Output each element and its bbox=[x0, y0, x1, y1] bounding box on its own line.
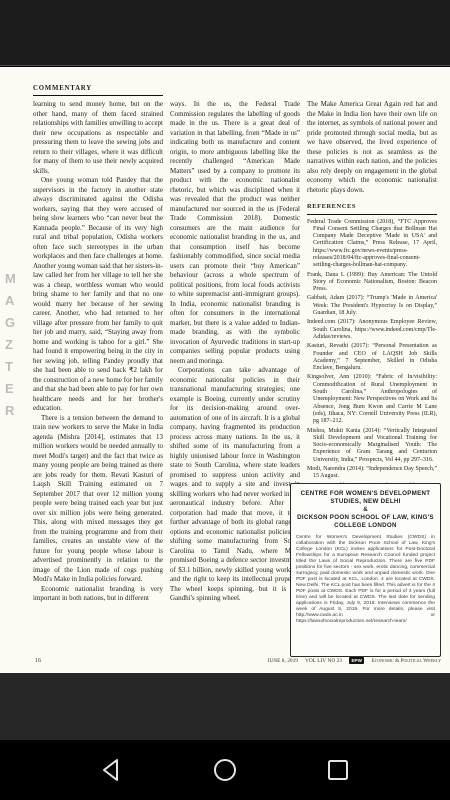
recent-apps-button[interactable] bbox=[320, 752, 356, 788]
watermark-letter: M bbox=[5, 272, 16, 285]
footer-journal-name: Economic & Political Weekly bbox=[371, 658, 441, 664]
watermark-letter: G bbox=[5, 316, 16, 329]
reference-item: Frank, Dana L (1999): Buy American: The … bbox=[307, 272, 437, 294]
text-column-2: ways. In the us, the Federal Trade Commi… bbox=[170, 100, 300, 660]
home-circle-icon bbox=[212, 757, 238, 783]
section-header-commentary: COMMENTARY bbox=[33, 85, 163, 96]
watermark-letter: Z bbox=[5, 338, 16, 351]
paragraph: The Make America Great Again red hat and… bbox=[307, 100, 437, 195]
reference-item: Indeed.com (2017): Anonymous Employee Re… bbox=[307, 319, 437, 341]
back-button[interactable] bbox=[94, 752, 130, 788]
paragraph: Corporations can take advantage of econo… bbox=[170, 366, 300, 604]
paragraph: learning to send money home, but on the … bbox=[33, 100, 163, 176]
page-footer: JUNE 8, 2019 VOL LIV NO 23 EPW Economic … bbox=[267, 657, 441, 664]
watermark-letter: E bbox=[5, 382, 16, 395]
paragraph: One young woman told Pandey that the sup… bbox=[33, 176, 163, 414]
magzter-watermark: M A G Z T E R bbox=[5, 272, 16, 417]
advert-body-text: Centre for Women's Development Studies (… bbox=[296, 535, 435, 625]
android-navigation-bar bbox=[0, 740, 450, 800]
footer-volume: VOL LIV NO 23 bbox=[305, 658, 342, 664]
watermark-letter: R bbox=[5, 404, 16, 417]
reference-item: Kasturi, Revathi (2017): “Personal Prese… bbox=[307, 343, 437, 372]
epw-logo: EPW bbox=[349, 657, 364, 664]
reference-item: Mishra, Mukti Kanta (2014): “Vertically … bbox=[307, 428, 437, 464]
references-heading: REFERENCES bbox=[307, 202, 437, 215]
footer-date: JUNE 8, 2019 bbox=[267, 658, 298, 664]
back-triangle-icon bbox=[99, 757, 125, 783]
reference-item: Kingsolver, Ann (2010): “Fabric of In/vi… bbox=[307, 374, 437, 425]
watermark-letter: A bbox=[5, 294, 16, 307]
reference-item: Federal Trade Commission (2018), “FTC Ap… bbox=[307, 219, 437, 270]
page-number: 16 bbox=[35, 658, 41, 664]
advert-title-line2: DICKSON POON SCHOOL OF LAW, KING'S COLLE… bbox=[296, 514, 435, 530]
phone-screen: M A G Z T E R COMMENTARY learning to sen… bbox=[0, 0, 450, 800]
cwds-advert-box: CENTRE FOR WOMEN'S DEVELOPMENT STUDIES, … bbox=[290, 483, 441, 657]
status-bar bbox=[0, 0, 450, 66]
watermark-letter: T bbox=[5, 360, 16, 373]
paragraph: ways. In the us, the Federal Trade Commi… bbox=[170, 100, 300, 366]
reference-item: Modi, Narendra (2014): “Independence Day… bbox=[307, 466, 437, 481]
recents-square-icon bbox=[325, 757, 351, 783]
reader-bottom-chrome bbox=[0, 673, 450, 740]
text-column-1: learning to send money home, but on the … bbox=[33, 100, 163, 660]
paragraph: There is a tension between the demand to… bbox=[33, 414, 163, 585]
home-button[interactable] bbox=[207, 752, 243, 788]
advert-ampersand: & bbox=[296, 506, 435, 514]
advert-title-line1: CENTRE FOR WOMEN'S DEVELOPMENT STUDIES, … bbox=[296, 490, 435, 506]
magazine-page-view[interactable]: M A G Z T E R COMMENTARY learning to sen… bbox=[0, 67, 450, 673]
reference-item: Gabbatt, Adam (2017): “Trump's 'Made in … bbox=[307, 295, 437, 317]
paragraph: Economic nationalist branding is very im… bbox=[33, 585, 163, 604]
